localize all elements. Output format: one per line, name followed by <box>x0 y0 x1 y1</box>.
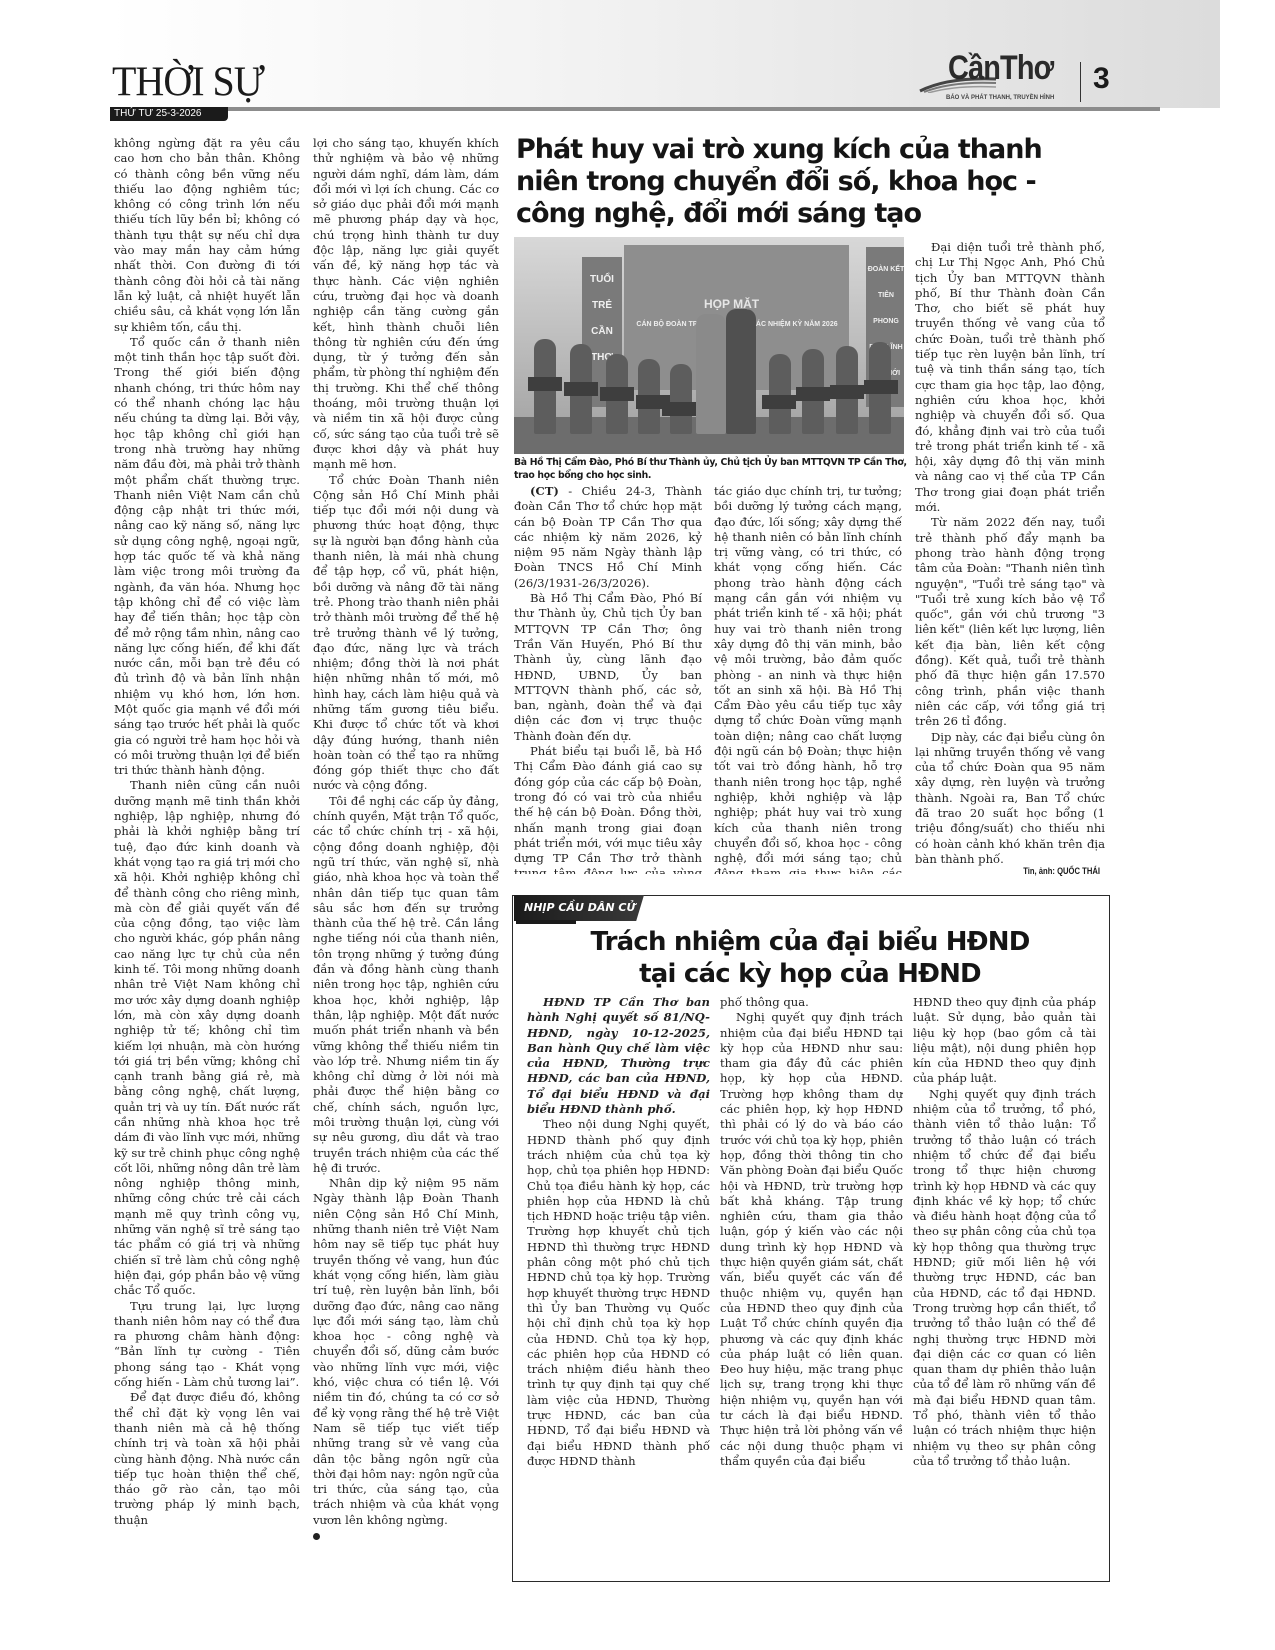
essay-column-2: lợi cho sáng tạo, khuyến khích thử nghiệ… <box>313 136 499 1606</box>
scholarship-sign <box>864 380 898 394</box>
person-figure <box>769 354 791 434</box>
scholarship-sign <box>528 377 562 391</box>
paragraph: tác giáo dục chính trị, tư tưởng; bồi dư… <box>714 484 902 874</box>
pillar-text: CẦN <box>582 319 622 345</box>
scholarship-sign <box>830 385 864 399</box>
photo-caption: Bà Hồ Thị Cẩm Đào, Phó Bí thư Thành ủy, … <box>514 456 909 482</box>
headline-line: tại các kỳ họp của HĐND <box>540 958 1080 990</box>
paragraph: Tổ quốc cần ở thanh niên một tinh thần h… <box>114 335 300 779</box>
scholarship-sign <box>564 382 598 396</box>
scholarship-sign <box>662 402 696 416</box>
article-headline: Phát huy vai trò xung kích của thanh niê… <box>516 134 1056 230</box>
scholarship-sign <box>600 387 634 401</box>
paragraph: HĐND theo quy định của pháp luật. Sử dụn… <box>913 995 1096 1087</box>
logo-wordmark: CầnThơ <box>948 49 1053 88</box>
pillar-text: TRẺ <box>582 293 622 319</box>
essay-column-1: không ngừng đặt ra yêu cầu cao hơn cho b… <box>114 136 300 1606</box>
paragraph: Từ năm 2022 đến nay, tuổi trẻ thành phố … <box>915 515 1105 729</box>
paragraph: không ngừng đặt ra yêu cầu cao hơn cho b… <box>114 136 300 335</box>
paragraph: (CT) - Chiều 24-3, Thành đoàn Cần Thơ tổ… <box>514 484 702 591</box>
paragraph: Tổ chức Đoàn Thanh niên Cộng sản Hồ Chí … <box>313 473 499 794</box>
paragraph: Bà Hồ Thị Cẩm Đào, Phó Bí thư Thành ủy, … <box>514 591 702 744</box>
paragraph: phố thông qua. <box>720 995 903 1010</box>
pillar-text: TIÊN PHONG <box>866 283 904 335</box>
article-column-2: tác giáo dục chính trị, tư tưởng; bồi dư… <box>714 484 902 874</box>
paragraph: Tôi đề nghị các cấp ủy đảng, chính quyền… <box>313 794 499 1176</box>
paragraph: Nghị quyết quy định trách nhiệm của đại … <box>720 1010 903 1469</box>
paragraph: Tựu trung lại, lực lượng thanh niên hôm … <box>114 1299 300 1391</box>
pillar-text: ĐOÀN KẾT <box>866 257 904 283</box>
person-figure <box>726 309 756 434</box>
headline-line: Trách nhiệm của đại biểu HĐND <box>540 926 1080 958</box>
article-column-1: (CT) - Chiều 24-3, Thành đoàn Cần Thơ tổ… <box>514 484 702 874</box>
lede-paragraph: HĐND TP Cần Thơ ban hành Nghị quyết số 8… <box>527 995 710 1117</box>
paragraph: Nhân dịp kỷ niệm 95 năm Ngày thành lập Đ… <box>313 1176 499 1528</box>
boxed-column-3: HĐND theo quy định của pháp luật. Sử dụn… <box>913 995 1096 1565</box>
logo-tagline: BÁO VÀ PHÁT THANH, TRUYỀN HÌNH <box>946 95 1054 101</box>
pillar-text: TUỔI <box>582 267 622 293</box>
boxed-column-2: phố thông qua. Nghị quyết quy định trách… <box>720 995 903 1565</box>
logo-divider <box>1080 62 1081 102</box>
newspaper-logo: CầnThơ BÁO VÀ PHÁT THANH, TRUYỀN HÌNH <box>918 55 1078 107</box>
kicker-underline <box>516 920 576 924</box>
article-photo: HỌP MẶT CÁN BỘ ĐOÀN TP CẦN THƠ QUA CÁC N… <box>514 237 904 454</box>
paragraph: Để đạt được điều đó, không thể chỉ đặt k… <box>114 1390 300 1528</box>
paragraph: Dịp này, các đại biểu cùng ôn lại những … <box>915 730 1105 868</box>
paragraph: lợi cho sáng tạo, khuyến khích thử nghiệ… <box>313 136 499 473</box>
end-mark-icon <box>313 1533 320 1540</box>
dateline: (CT) <box>530 484 559 498</box>
page-number: 3 <box>1093 62 1110 96</box>
issue-date: THỨ TƯ 25-3-2026 <box>110 107 228 121</box>
person-figure <box>696 314 726 434</box>
article-column-3: Đại diện tuổi trẻ thành phố, chị Lư Thị … <box>915 240 1105 868</box>
paragraph: Đại diện tuổi trẻ thành phố, chị Lư Thị … <box>915 240 1105 515</box>
scholarship-sign <box>762 395 796 409</box>
article-byline: Tin, ảnh: QUỐC THÁI <box>1015 866 1100 876</box>
paragraph: Thanh niên cũng cần nuôi dưỡng mạnh mẽ t… <box>114 778 300 1298</box>
boxed-article-headline: Trách nhiệm của đại biểu HĐND tại các kỳ… <box>540 926 1080 990</box>
scholarship-sign <box>796 387 830 401</box>
column-kicker: NHỊP CẦU DÂN CỬ <box>514 895 644 921</box>
section-title: THỜI SỰ <box>112 57 264 106</box>
header-rule <box>225 107 1160 111</box>
paragraph: Phát biểu tại buổi lễ, bà Hồ Thị Cẩm Đào… <box>514 744 702 874</box>
person-figure <box>670 364 692 434</box>
paragraph-text: - Chiều 24-3, Thành đoàn Cần Thơ tổ chức… <box>514 484 702 590</box>
boxed-column-1: HĐND TP Cần Thơ ban hành Nghị quyết số 8… <box>527 995 710 1565</box>
paragraph: Theo nội dung Nghị quyết, HĐND thành phố… <box>527 1117 710 1469</box>
paragraph: Nghị quyết quy định trách nhiệm của tổ t… <box>913 1087 1096 1469</box>
